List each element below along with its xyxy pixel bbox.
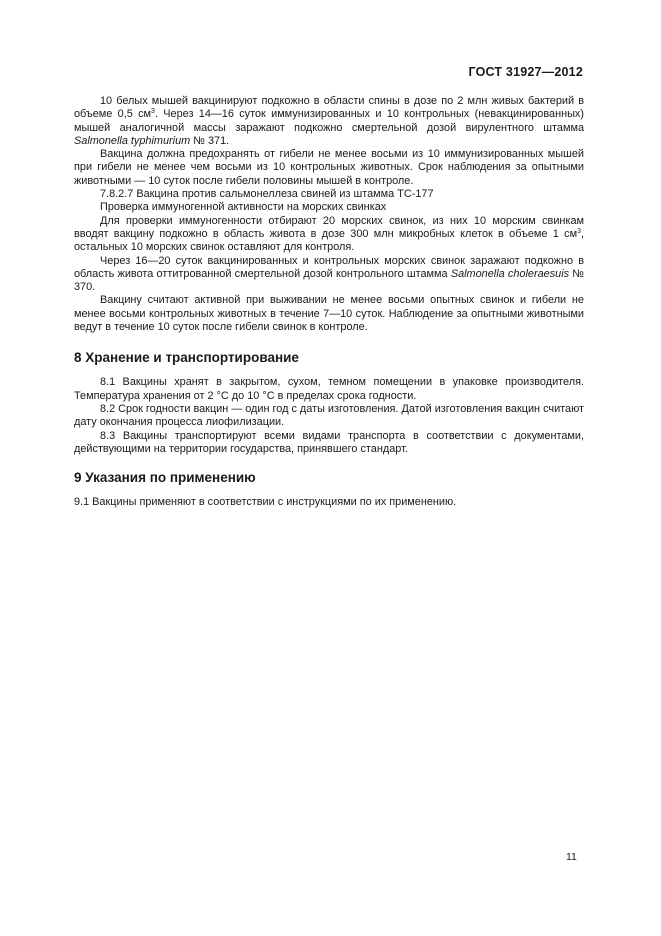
paragraph: Вакцину считают активной при выживании н…	[74, 294, 584, 334]
paragraph: Для проверки иммуногенности отбирают 20 …	[74, 215, 584, 255]
page-content: 10 белых мышей вакцинируют подкожно в об…	[74, 95, 584, 509]
clause-heading: 7.8.2.7 Вакцина против сальмонеллеза сви…	[74, 188, 584, 201]
paragraph: Через 16—20 суток вакцинированных и конт…	[74, 255, 584, 295]
section-heading-8: 8 Хранение и транспортирование	[74, 350, 584, 366]
paragraph: 8.3 Вакцины транспортируют всеми видами …	[74, 430, 584, 457]
species-name: Salmonella typhimurium	[74, 135, 190, 147]
species-name: Salmonella choleraesuis	[451, 268, 569, 280]
page-number: 11	[566, 851, 577, 863]
text: № 371.	[190, 135, 229, 147]
paragraph: 8.2 Срок годности вакцин — один год с да…	[74, 403, 584, 430]
paragraph: 9.1 Вакцины применяют в соответствии с и…	[74, 496, 584, 509]
paragraph: 10 белых мышей вакцинируют подкожно в об…	[74, 95, 584, 148]
paragraph: Вакцина должна предохранять от гибели не…	[74, 148, 584, 188]
text: Для проверки иммуногенности отбирают 20 …	[74, 215, 584, 240]
section-heading-9: 9 Указания по применению	[74, 470, 584, 486]
subheading: Проверка иммуногенной активности на морс…	[74, 201, 584, 214]
document-header-id: ГОСТ 31927—2012	[468, 65, 583, 79]
paragraph: 8.1 Вакцины хранят в закрытом, сухом, те…	[74, 376, 584, 403]
